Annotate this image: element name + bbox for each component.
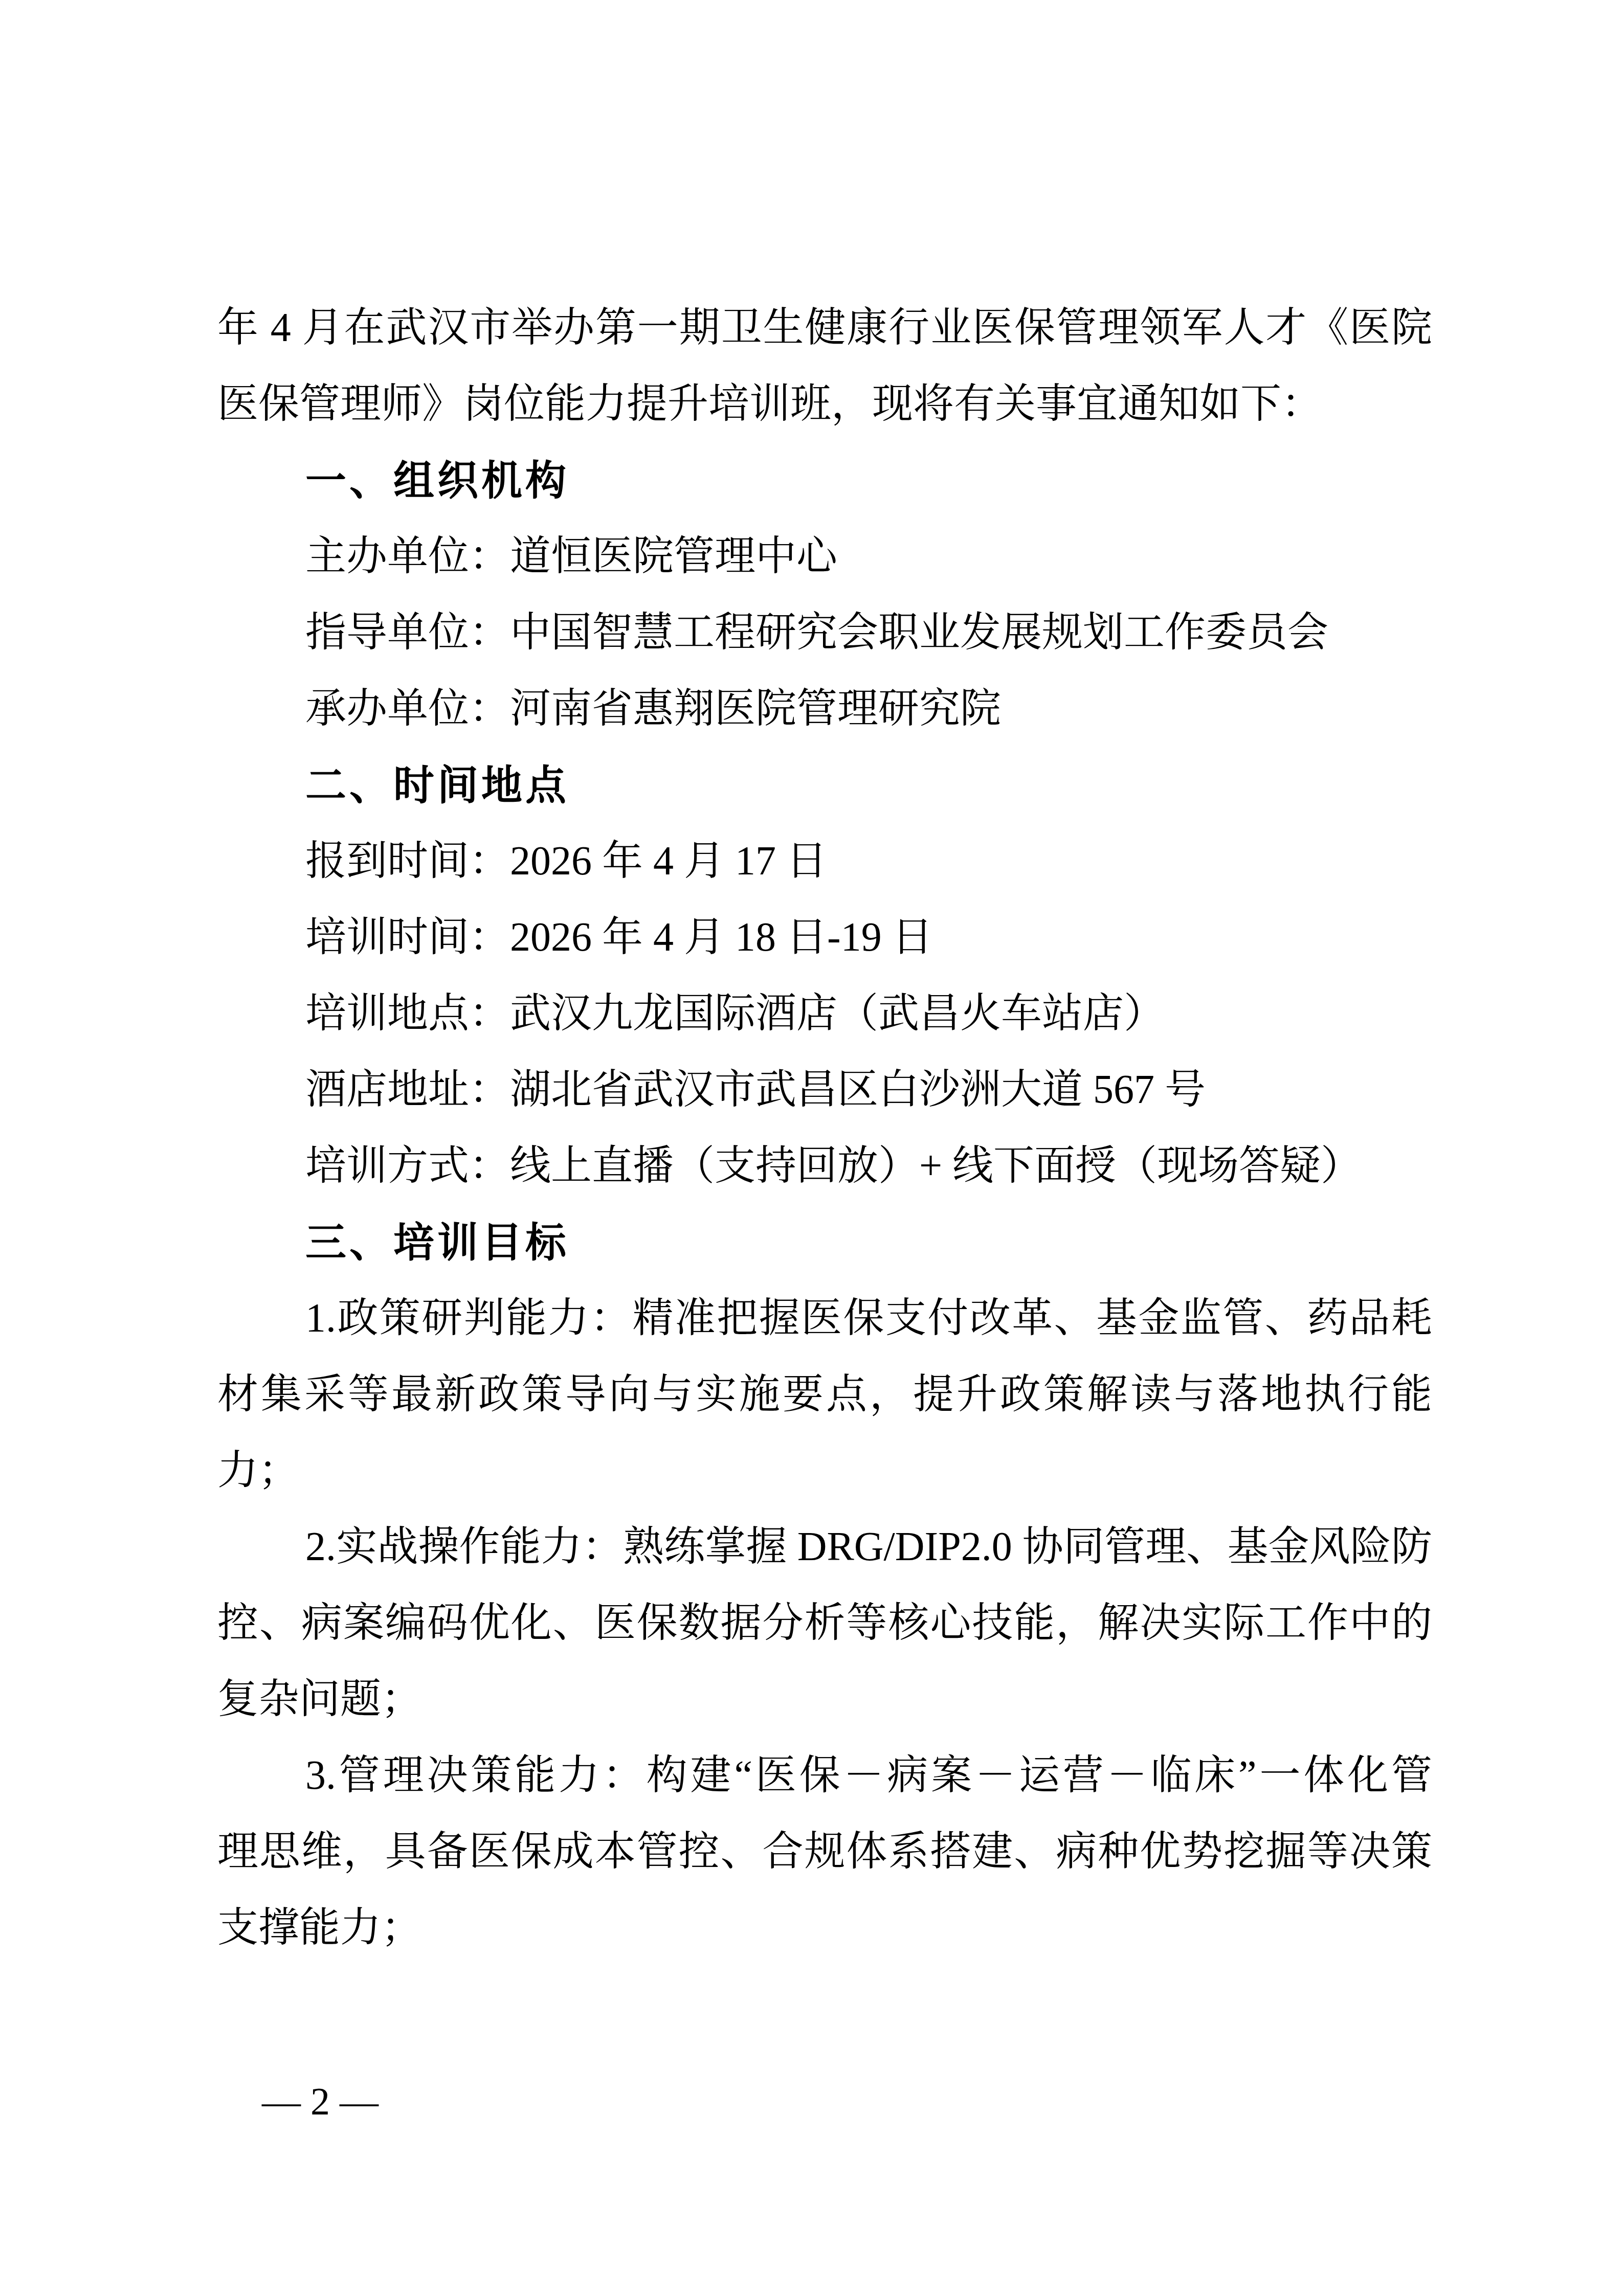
text-line: 力； [217, 1433, 1432, 1509]
text-line: 支撑能力； [217, 1890, 1432, 1966]
text-line: 2.实战操作能力：熟练掌握 DRG/DIP2.0 协同管理、基金风险防 [217, 1509, 1432, 1585]
text-line: 指导单位：中国智慧工程研究会职业发展规划工作委员会 [217, 595, 1432, 671]
text-line: 报到时间：2026 年 4 月 17 日 [217, 823, 1432, 899]
paragraph: 1.政策研判能力：精准把握医保支付改革、基金监管、药品耗材集采等最新政策导向与实… [217, 1280, 1432, 1509]
text-line: 培训方式：线上直播（支持回放）+ 线下面授（现场答疑） [217, 1128, 1432, 1204]
text-line: 酒店地址：湖北省武汉市武昌区白沙洲大道 567 号 [217, 1052, 1432, 1128]
paragraph: 年 4 月在武汉市举办第一期卫生健康行业医保管理领军人才《医院医保管理师》岗位能… [217, 290, 1432, 442]
text-line: 年 4 月在武汉市举办第一期卫生健康行业医保管理领军人才《医院 [217, 290, 1432, 366]
document-page: 年 4 月在武汉市举办第一期卫生健康行业医保管理领军人才《医院医保管理师》岗位能… [0, 0, 1624, 2296]
text-line: 材集采等最新政策导向与实施要点，提升政策解读与落地执行能 [217, 1357, 1432, 1433]
paragraph: 酒店地址：湖北省武汉市武昌区白沙洲大道 567 号 [217, 1052, 1432, 1128]
text-line: 复杂问题； [217, 1661, 1432, 1738]
text-line: 一、组织机构 [217, 442, 1432, 519]
paragraph: 报到时间：2026 年 4 月 17 日 [217, 823, 1432, 899]
paragraph: 培训时间：2026 年 4 月 18 日-19 日 [217, 899, 1432, 976]
paragraph: 3.管理决策能力：构建“医保－病案－运营－临床”一体化管理思维，具备医保成本管控… [217, 1738, 1432, 1966]
paragraph: 培训方式：线上直播（支持回放）+ 线下面授（现场答疑） [217, 1128, 1432, 1204]
text-line: 控、病案编码优化、医保数据分析等核心技能，解决实际工作中的 [217, 1585, 1432, 1661]
text-line: 培训时间：2026 年 4 月 18 日-19 日 [217, 899, 1432, 976]
paragraph: 2.实战操作能力：熟练掌握 DRG/DIP2.0 协同管理、基金风险防控、病案编… [217, 1509, 1432, 1738]
text-line: 理思维，具备医保成本管控、合规体系搭建、病种优势挖掘等决策 [217, 1814, 1432, 1890]
section-heading: 三、培训目标 [217, 1204, 1432, 1280]
text-line: 医保管理师》岗位能力提升培训班，现将有关事宜通知如下： [217, 366, 1432, 442]
text-line: 培训地点：武汉九龙国际酒店（武昌火车站店） [217, 976, 1432, 1052]
paragraph: 培训地点：武汉九龙国际酒店（武昌火车站店） [217, 976, 1432, 1052]
section-heading: 二、时间地点 [217, 747, 1432, 823]
section-heading: 一、组织机构 [217, 442, 1432, 519]
paragraph: 承办单位：河南省惠翔医院管理研究院 [217, 671, 1432, 747]
page-number: — 2 — [262, 2080, 379, 2123]
text-line: 3.管理决策能力：构建“医保－病案－运营－临床”一体化管 [217, 1738, 1432, 1814]
text-line: 1.政策研判能力：精准把握医保支付改革、基金监管、药品耗 [217, 1280, 1432, 1357]
paragraph: 指导单位：中国智慧工程研究会职业发展规划工作委员会 [217, 595, 1432, 671]
text-line: 主办单位：道恒医院管理中心 [217, 519, 1432, 595]
document-body: 年 4 月在武汉市举办第一期卫生健康行业医保管理领军人才《医院医保管理师》岗位能… [217, 290, 1432, 1966]
text-line: 二、时间地点 [217, 747, 1432, 823]
text-line: 承办单位：河南省惠翔医院管理研究院 [217, 671, 1432, 747]
paragraph: 主办单位：道恒医院管理中心 [217, 519, 1432, 595]
text-line: 三、培训目标 [217, 1204, 1432, 1280]
